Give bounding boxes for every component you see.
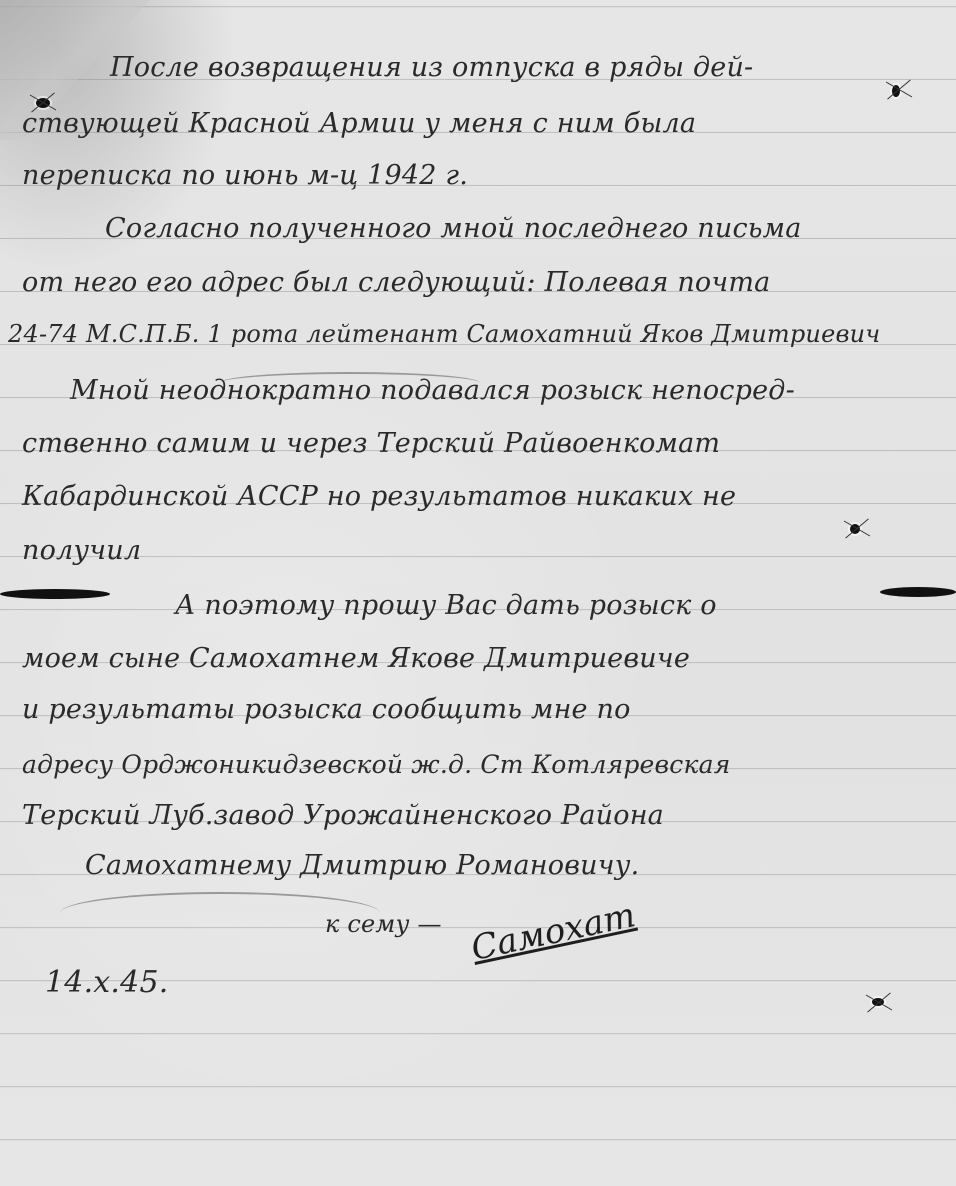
letter-line: адресу Орджоникидзевской ж.д. Ст Котляре… (22, 750, 730, 779)
letter-line: от него его адрес был следующий: Полевая… (22, 267, 770, 298)
letter-line: 24-74 М.С.П.Б. 1 рота лейтенант Самохатн… (8, 320, 880, 348)
letter-line: Согласно полученного мной последнего пис… (105, 213, 802, 244)
letter-line: Мной неоднократно подавался розыск непос… (70, 375, 795, 406)
letter-line: получил (22, 535, 141, 566)
paper-hole (892, 85, 900, 97)
paper-hole (872, 998, 884, 1006)
paper-hole (850, 524, 860, 534)
letter-line: Самохатнему Дмитрию Романовичу. (85, 850, 639, 881)
signature-prefix: к сему — (325, 910, 442, 938)
paper-hole (36, 98, 50, 108)
letter-line: моем сыне Самохатнем Якове Дмитриевиче (22, 643, 690, 674)
letter-date: 14.х.45. (45, 965, 168, 1000)
letter-line: переписка по июнь м-ц 1942 г. (22, 160, 468, 191)
letter-line: После возвращения из отпуска в ряды дей- (110, 52, 753, 83)
letter-line: ствующей Красной Армии у меня с ним была (22, 108, 696, 139)
letter-line: ственно самим и через Терский Райвоенком… (22, 428, 720, 459)
letter-line: А поэтому прошу Вас дать розыск о (175, 590, 717, 621)
letter-line: и результаты розыска сообщить мне по (22, 694, 631, 725)
letter-line: Терский Луб.завод Урожайненского Района (22, 800, 664, 831)
fold-mark-left (0, 589, 110, 599)
fold-mark-right (880, 587, 956, 597)
letter-line: Кабардинской АССР но результатов никаких… (22, 481, 736, 512)
